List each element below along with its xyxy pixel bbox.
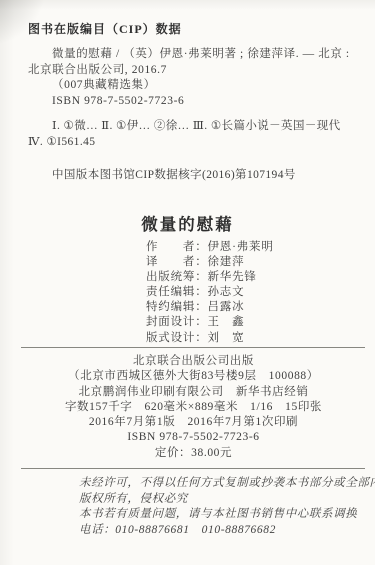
cip-description-block: 微量的慰藉 / （英）伊恩·弗莱明著 ; 徐建萍译. — 北京 : 北京联合出版… xyxy=(28,47,358,110)
credit-row-responsible-editor: 责任编辑：孙志文 xyxy=(146,285,274,300)
cip-series-line: （007典藏精选集） xyxy=(28,78,358,94)
cip-classification-line: Ⅰ. ①微… Ⅱ. ①伊… ②徐… Ⅲ. ①长篇小说－英国－现代 xyxy=(28,119,358,135)
notice-line: 未经许可，不得以任何方式复制或抄袭本书部分或全部内容 xyxy=(79,476,375,492)
book-title: 微量的慰藉 xyxy=(0,211,375,235)
credit-row-layout-design: 版式设计：刘 宽 xyxy=(146,331,274,346)
credit-label: 责任编辑： xyxy=(146,286,208,298)
cip-classification-block: Ⅰ. ①微… Ⅱ. ①伊… ②徐… Ⅲ. ①长篇小说－英国－现代 Ⅳ. ①I56… xyxy=(28,119,358,151)
credit-row-publishing-coordinator: 出版统筹：新华先锋 xyxy=(146,270,274,285)
credit-value: 王 鑫 xyxy=(208,316,245,328)
credit-row-cover-design: 封面设计：王 鑫 xyxy=(146,315,274,330)
credit-row-author: 作 者：伊恩·弗莱明 xyxy=(146,240,274,255)
notice-line: 本书若有质量问题，请与本社图书销售中心联系调换 xyxy=(79,507,375,523)
publisher-line: 北京联合出版公司出版 xyxy=(6,354,375,369)
credit-label: 译 者： xyxy=(146,256,208,268)
credit-value: 徐建萍 xyxy=(208,256,245,268)
credit-label: 版式设计： xyxy=(146,332,208,344)
cip-record-number: 中国版本图书馆CIP数据核字(2016)第107194号 xyxy=(52,166,296,182)
credit-row-translator: 译 者：徐建萍 xyxy=(146,255,274,270)
printer-distributor-line: 北京鹏润伟业印刷有限公司 新华书店经销 xyxy=(6,385,375,400)
credit-label: 封面设计： xyxy=(146,316,208,328)
credit-value: 吕露冰 xyxy=(208,301,245,313)
copyright-notice-block: 未经许可，不得以任何方式复制或抄袭本书部分或全部内容 版权所有，侵权必究 本书若… xyxy=(79,476,375,539)
edition-line: 2016年7月第1版 2016年7月第1次印刷 xyxy=(6,415,375,430)
credits-block: 作 者：伊恩·弗莱明 译 者：徐建萍 出版统筹：新华先锋 责任编辑：孙志文 特约… xyxy=(146,240,274,346)
cip-isbn-line: ISBN 978-7-5502-7723-6 xyxy=(28,94,358,110)
credit-value: 新华先锋 xyxy=(208,271,257,283)
cip-description-line: 微量的慰藉 / （英）伊恩·弗莱明著 ; 徐建萍译. — 北京 : xyxy=(28,47,358,63)
isbn-line: ISBN 978-7-5502-7723-6 xyxy=(6,430,375,445)
credit-row-contributing-editor: 特约编辑：吕露冰 xyxy=(146,300,274,315)
credit-label: 出版统筹： xyxy=(146,271,208,283)
divider-top xyxy=(21,347,365,348)
credit-label: 作 者： xyxy=(146,241,208,253)
cip-classification-line: Ⅳ. ①I561.45 xyxy=(28,135,358,151)
credit-value: 伊恩·弗莱明 xyxy=(208,241,274,253)
notice-line: 版权所有，侵权必究 xyxy=(79,492,375,508)
credit-value: 刘 宽 xyxy=(208,332,245,344)
cip-description-line: 北京联合出版公司, 2016.7 xyxy=(28,63,358,79)
notice-phone-line: 电话：010-88876681 010-88876682 xyxy=(79,523,375,539)
divider-bottom xyxy=(21,468,365,469)
credit-label: 特约编辑： xyxy=(146,301,208,313)
publisher-address-line: （北京市西城区德外大街83号楼9层 100088） xyxy=(6,369,375,384)
credit-value: 孙志文 xyxy=(208,286,245,298)
copyright-page: 图书在版编目（CIP）数据 微量的慰藉 / （英）伊恩·弗莱明著 ; 徐建萍译.… xyxy=(0,0,375,565)
format-line: 字数157千字 620毫米×889毫米 1/16 15印张 xyxy=(6,400,375,415)
publishing-block: 北京联合出版公司出版 （北京市西城区德外大街83号楼9层 100088） 北京鹏… xyxy=(6,354,375,461)
price-line: 定价：38.00元 xyxy=(6,446,375,461)
cip-heading: 图书在版编目（CIP）数据 xyxy=(28,20,182,37)
